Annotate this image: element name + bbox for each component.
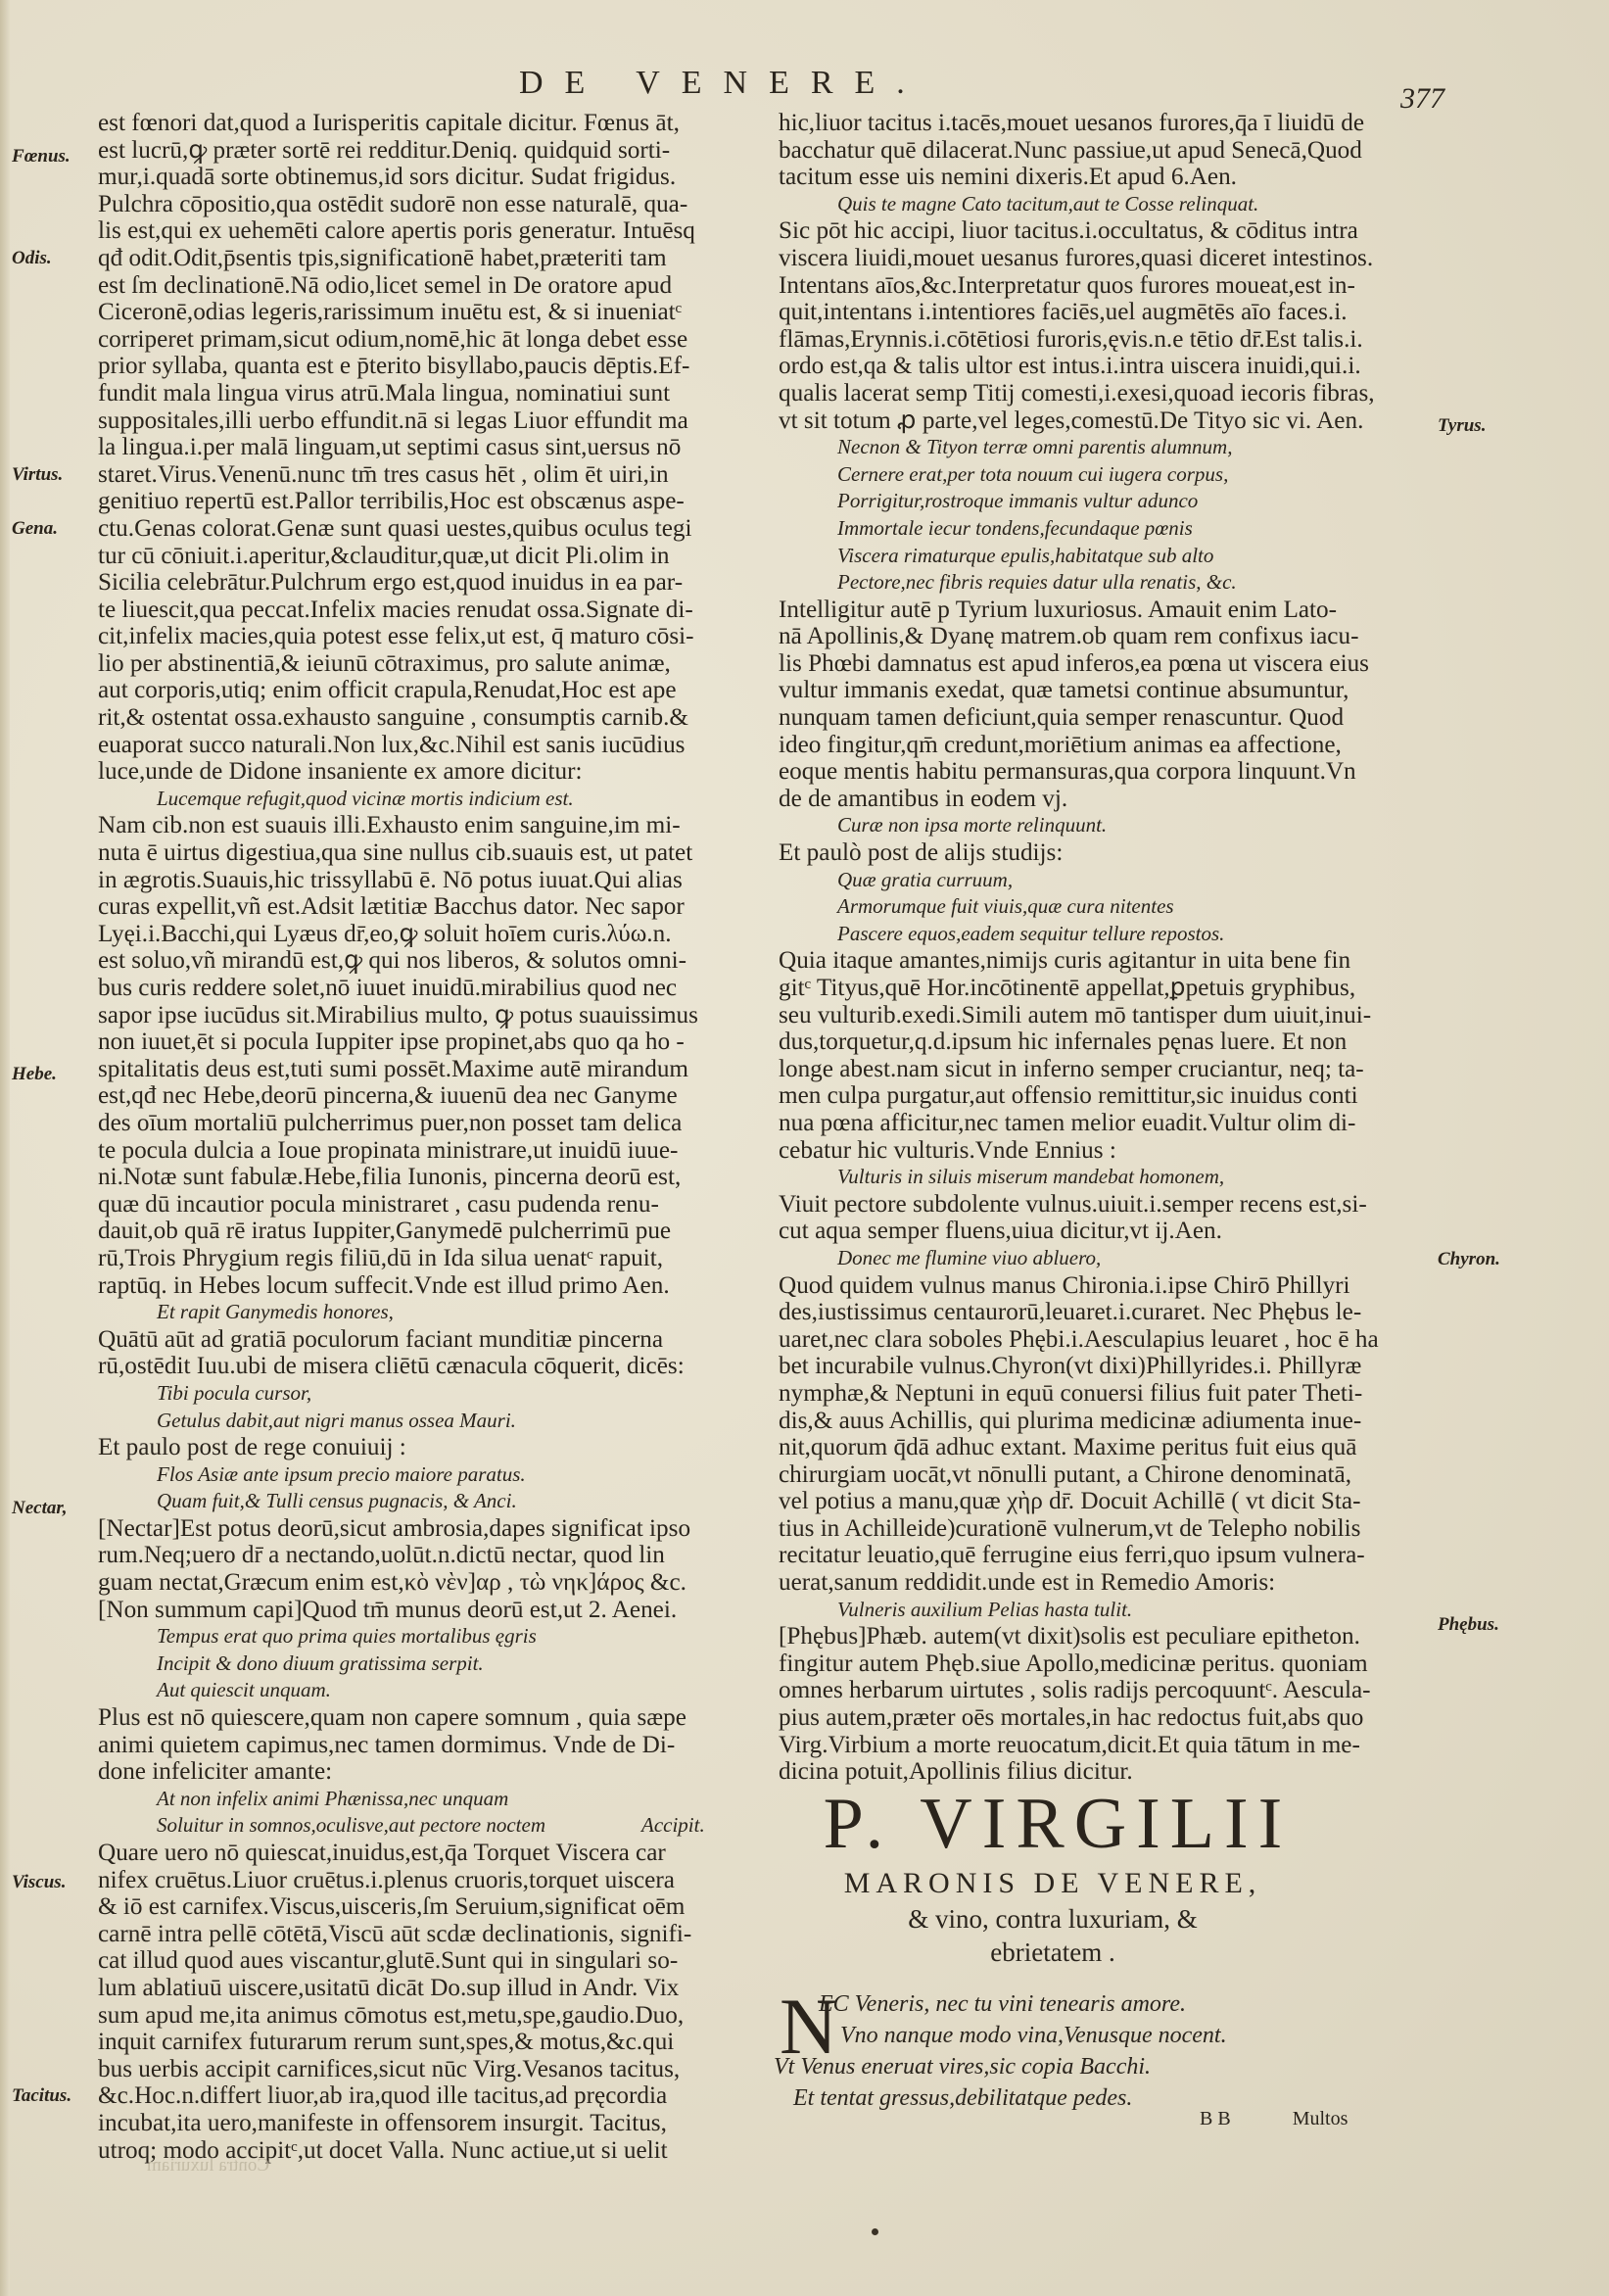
text-line: in ægrotis.Suauis,hic trissyllabū ē. Nō …	[98, 867, 748, 894]
text-line: qđ odit.Odit,p̄sentis tpis,signification…	[98, 245, 748, 272]
text-line: incubat,ita uero,manifeste in offensorem…	[98, 2110, 748, 2137]
margin-note-right: Phębus.	[1438, 1614, 1499, 1636]
text-line: ordo est,qa & talis ultor est intus.i.in…	[779, 353, 1415, 380]
poem-line: Vno nanque modo vina,Venusque nocent.	[774, 2020, 1420, 2051]
text-line: bet incurabile vulnus.Chyron(vt dixi)Phi…	[779, 1353, 1415, 1380]
text-line: Soluitur in somnos,oculisve,aut pectore …	[98, 1812, 748, 1840]
text-line: curas expellit,vñ est.Adsit lætitiæ Bacc…	[98, 893, 748, 921]
text-line: guam nectat,Græcum enim est,κὸ νὲν]αρ , …	[98, 1569, 748, 1597]
text-line: est,qđ nec Hebe,deorū pincerna,& iuuenū …	[98, 1082, 748, 1110]
text-line: luce,unde de Didone insaniente ex amore …	[98, 758, 748, 786]
text-line: Getulus dabit,aut nigri manus ossea Maur…	[98, 1408, 748, 1435]
text-line: est soluo,vñ mirandū est,ꝙ qui nos liber…	[98, 947, 748, 975]
text-line: Aut quiescit unquam.	[98, 1677, 748, 1704]
section-title: P. VIRGILII MARONIS DE VENERE, & vino, c…	[779, 1783, 1415, 1969]
text-line: est ſm declinationē.Nā odio,licet semel …	[98, 272, 748, 300]
show-through-text: Contra luxuriam	[147, 2155, 269, 2176]
text-line: Plus est nō quiescere,quam non capere so…	[98, 1704, 748, 1732]
text-line: euaporat succo naturali.Non lux,&c.Nihil…	[98, 732, 748, 759]
text-line: Et paulo post de rege conuiuij :	[98, 1434, 748, 1461]
text-line: nā Apollinis,& Dyanę matrem.ob quam rem …	[779, 623, 1415, 650]
text-line: quæ dū incautior pocula ministraret , ca…	[98, 1191, 748, 1219]
text-line: [Phębus]Phæb. autem(vt dixit)solis est p…	[779, 1623, 1415, 1650]
text-line: aut corporis,utiq; enim officit crapula,…	[98, 677, 748, 704]
text-line: Tibi pocula cursor,	[98, 1380, 748, 1408]
signature-mark: B B	[1200, 2108, 1231, 2129]
text-line: corriperet primam,sicut odium,nomē,hic ā…	[98, 326, 748, 354]
text-line: dis,& auus Achillis, qui plurima medicin…	[779, 1408, 1415, 1435]
text-line: lum ablatiuū uiscere,usitatū dicāt Do.su…	[98, 1975, 748, 2002]
text-line: lis est,qui ex uehemēti calore apertis p…	[98, 217, 748, 245]
text-line: Et paulò post de alijs studijs:	[779, 839, 1415, 867]
text-line: lio per abstinentiā,& ieiunū cōtraximus,…	[98, 650, 748, 678]
page-edge	[0, 0, 10, 2296]
text-line: Pulchra cōpositio,qua ostēdit sudorē non…	[98, 191, 748, 218]
text-line: Donec me flumine viuo abluero,	[779, 1245, 1415, 1272]
margin-note-right: Chyron.	[1438, 1249, 1500, 1270]
text-line: prior syllaba, quanta est e p̄terito bis…	[98, 353, 748, 380]
margin-note-left: Viscus.	[12, 1872, 66, 1893]
catchword: Multos	[1293, 2108, 1349, 2129]
text-line: Vulneris auxilium Pelias hasta tulit.	[779, 1597, 1415, 1624]
text-line: Viscera rimaturque epulis,habitatque sub…	[779, 543, 1415, 570]
text-line: Flos Asiæ ante ipsum precio maiore parat…	[98, 1461, 748, 1489]
text-line: chirurgiam uocāt,vt nōnulli putant, a Ch…	[779, 1461, 1415, 1489]
catchword-line: B B Multos	[1200, 2108, 1404, 2130]
text-line: Immortale iecur tondens,fecundaque pœnis	[779, 515, 1415, 543]
text-line: ideo fingitur,qm̄ credunt,moriētium anim…	[779, 732, 1415, 759]
text-line: vt sit totum ꝓ parte,vel leges,comestū.D…	[779, 407, 1415, 435]
text-line: cut aqua semper fluens,uiua dicitur,vt i…	[779, 1218, 1415, 1245]
text-line: tius in Achilleide)curationē vulnerum,vt…	[779, 1515, 1415, 1543]
text-line: Quātū aūt ad gratiā poculorum faciant mu…	[98, 1326, 748, 1354]
poem: N EC Veneris, nec tu vini tenearis amore…	[774, 1988, 1420, 2114]
text-line: la lingua.i.per malā linguam,ut septimi …	[98, 434, 748, 461]
text-line: gitᶜ Tityus,quē Hor.incōtinentē appellat…	[779, 975, 1415, 1002]
text-line: viscera liuidi,mouet uesanus furores,qua…	[779, 245, 1415, 272]
section-title-sub3: ebrietatem .	[690, 1936, 1415, 1969]
text-line: Pectore,nec fibris requies datur ulla re…	[779, 569, 1415, 597]
section-title-sub: MARONIS DE VENERE,	[690, 1865, 1415, 1902]
text-line: Curæ non ipsa morte relinquunt.	[779, 812, 1415, 839]
text-line: Intelligitur autē p Tyrium luxuriosus. A…	[779, 597, 1415, 624]
text-line: Armorumque fuit viuis,quæ cura nitentes	[779, 893, 1415, 921]
text-line: Necnon & Tityon terræ omni parentis alum…	[779, 434, 1415, 461]
text-line: des,iustissimus centaurorū,leuaret.i.cur…	[779, 1299, 1415, 1326]
text-line: vel potius a manu,quæ χὴρ dr̄. Docuit Ac…	[779, 1488, 1415, 1515]
text-line: non iuuet,ēt si pocula Iuppiter ipse pro…	[98, 1028, 748, 1056]
text-line: bus curis reddere solet,nō iuuet inuidū.…	[98, 975, 748, 1002]
verse-tail: Accipit.	[641, 1812, 705, 1840]
text-line: dus,torquetur,q.d.ipsum hic infernales p…	[779, 1028, 1415, 1056]
text-line: animi quietem capimus,nec tamen dormimus…	[98, 1732, 748, 1759]
text-line: Nam cib.non est suauis illi.Exhausto eni…	[98, 812, 748, 839]
text-line: [Non summum capi]Quod tm̄ munus deorū es…	[98, 1597, 748, 1624]
text-line: Porrigitur,rostroque immanis vultur adun…	[779, 488, 1415, 515]
ink-dot	[872, 2228, 878, 2235]
text-line: pius autem,præter oēs mortales,in hac re…	[779, 1704, 1415, 1732]
text-line: dauit,ob quā rē iratus Iuppiter,Ganymedē…	[98, 1218, 748, 1245]
text-line: men culpa purgatur,aut offensio remittit…	[779, 1082, 1415, 1110]
margin-note-left: Tacitus.	[12, 2085, 71, 2107]
text-line: recitatur leuatio,quē ferrugine eius fer…	[779, 1542, 1415, 1569]
text-line: nunquam tamen deficiunt,quia semper rena…	[779, 704, 1415, 732]
text-line: uerat,sanum reddidit.unde est in Remedio…	[779, 1569, 1415, 1597]
text-line: cat illud quod aues viscantur,glutē.Sunt…	[98, 1947, 748, 1975]
text-line: [Nectar]Est potus deorū,sicut ambrosia,d…	[98, 1515, 748, 1543]
text-line: Incipit & dono diuum gratissima serpit.	[98, 1650, 748, 1678]
text-line: tacitum esse uis nemini dixeris.Et apud …	[779, 164, 1415, 191]
text-line: bacchatur quē dilacerat.Nunc passiue,ut …	[779, 137, 1415, 165]
text-line: Quare uero nō quiescat,inuidus,est,q̄a T…	[98, 1840, 748, 1867]
text-line: est fœnori dat,quod a Iurisperitis capit…	[98, 110, 748, 137]
section-title-main: P. VIRGILII	[700, 1783, 1415, 1865]
text-line: nua pœna afficitur,nec tamen melior euad…	[779, 1110, 1415, 1137]
text-line: Sic pōt hic accipi, liuor tacitus.i.occu…	[779, 217, 1415, 245]
text-line: qualis lacerat semp Titij comesti,i.exes…	[779, 380, 1415, 407]
text-line: rum.Neq;uero dr̄ a nectando,uolūt.n.dict…	[98, 1542, 748, 1569]
text-line: longe abest.nam sicut in inferno semper …	[779, 1056, 1415, 1083]
text-line: Cernere erat,per tota nouum cui iugera c…	[779, 461, 1415, 489]
text-line: Vulturis in siluis miserum mandebat homo…	[779, 1164, 1415, 1191]
margin-note-left: Virtus.	[12, 464, 63, 486]
text-line: genitiuo repertū est.Pallor terribilis,H…	[98, 488, 748, 515]
text-line: cebatur hic vulturis.Vnde Ennius :	[779, 1137, 1415, 1165]
text-line: Viuit pectore subdolente vulnus.uiuit.i.…	[779, 1191, 1415, 1219]
text-line: nuta ē uirtus digestiua,qua sine nullus …	[98, 839, 748, 867]
section-title-sub2: & vino, contra luxuriam, &	[690, 1902, 1415, 1936]
margin-note-left: Odis.	[12, 248, 52, 269]
left-column: est fœnori dat,quod a Iurisperitis capit…	[98, 110, 748, 2164]
text-line: quit,intentans i.intentiores faciēs,uel …	[779, 299, 1415, 326]
text-line: At non infelix animi Phænissa,nec unquam	[98, 1786, 748, 1813]
text-line: Quia itaque amantes,nimijs curis agitant…	[779, 947, 1415, 975]
text-line: est lucrū,ꝙ præter sortē rei redditur.De…	[98, 137, 748, 165]
text-line: te pocula dulcia a Ioue propinata minist…	[98, 1137, 748, 1165]
text-line: Ciceronē,odias legeris,rarissimum inuētu…	[98, 299, 748, 326]
text-line: Et rapit Ganymedis honores,	[98, 1299, 748, 1326]
text-line: tur cū cōniuit.i.aperitur,&clauditur,quæ…	[98, 543, 748, 570]
text-line: Quæ gratia curruum,	[779, 867, 1415, 894]
text-line: nit,quorum q̄dā adhuc extant. Maxime per…	[779, 1434, 1415, 1461]
text-line: des oīum mortaliū pulcherrimus puer,non …	[98, 1110, 748, 1137]
text-line: nifex cruētus.Liuor cruētus.i.plenus cru…	[98, 1867, 748, 1894]
text-line: raptūq. in Hebes locum suffecit.Vnde est…	[98, 1272, 748, 1300]
text-line: carnē intra pellē cōtētā,Viscū aūt scdæ …	[98, 1921, 748, 1948]
text-line: done infeliciter amante:	[98, 1758, 748, 1786]
text-line: cit,infelix macies,quia potest esse feli…	[98, 623, 748, 650]
text-line: Tempus erat quo prima quies mortalibus ę…	[98, 1623, 748, 1650]
margin-note-left: Fœnus.	[12, 146, 71, 167]
text-line: sapor ipse iucūdus sit.Mirabilius multo,…	[98, 1002, 748, 1029]
text-line: Quod quidem vulnus manus Chironia.i.ipse…	[779, 1272, 1415, 1300]
margin-note-left: Nectar,	[12, 1498, 67, 1519]
text-line: dicina potuit,Apollinis filius dicitur.	[779, 1758, 1415, 1786]
text-line: ctu.Genas colorat.Genæ sunt quasi uestes…	[98, 515, 748, 543]
poem-line: EC Veneris, nec tu vini tenearis amore.	[774, 1988, 1420, 2020]
text-line: bus uerbis accipit carnifices,sicut nūc …	[98, 2056, 748, 2083]
text-line: mur,i.quadā sorte obtinemus,id sors dici…	[98, 164, 748, 191]
text-line: uaret,nec clara soboles Phębi.i.Aesculap…	[779, 1326, 1415, 1354]
text-line: inquit carnifex futurarum rerum sunt,spe…	[98, 2029, 748, 2056]
text-line: suppositales,illi uerbo effundit.nā si l…	[98, 407, 748, 435]
text-line: ni.Notæ sunt fabulæ.Hebe,filia Iunonis, …	[98, 1164, 748, 1191]
text-line: rit,& ostentat ossa.exhausto sanguine , …	[98, 704, 748, 732]
text-line: Quam fuit,& Tulli census pugnacis, & Anc…	[98, 1488, 748, 1515]
text-line: Virg.Virbium a morte reuocatum,dicit.Et …	[779, 1732, 1415, 1759]
text-line: eoque mentis habitu permansuras,qua corp…	[779, 758, 1415, 786]
text-line: Sicilia celebrātur.Pulchrum ergo est,quo…	[98, 569, 748, 597]
text-line: de de amantibus in eodem vj.	[779, 786, 1415, 813]
drop-cap: N	[780, 1992, 837, 2061]
text-line: fingitur autem Phęb.siue Apollo,medicinæ…	[779, 1650, 1415, 1678]
text-line: & iō est carnifex.Viscus,uisceris,ſm Ser…	[98, 1893, 748, 1921]
text-line: spitalitatis deus est,tuti sumi possēt.M…	[98, 1056, 748, 1083]
text-line: seu vulturib.exedi.Simili autem mō tanti…	[779, 1002, 1415, 1029]
text-line: hic,liuor tacitus i.tacēs,mouet uesanos …	[779, 110, 1415, 137]
text-line: &c.Hoc.n.differt liuor,ab ira,quod ille …	[98, 2082, 748, 2110]
text-line: Intentans aīos,&c.Interpretatur quos fur…	[779, 272, 1415, 300]
text-line: omnes herbarum uirtutes , solis radijs p…	[779, 1677, 1415, 1704]
text-line: sum apud me,ita animus cōmotus est,metu,…	[98, 2002, 748, 2030]
text-line: rū,Trois Phrygium regis filiū,dū in Ida …	[98, 1245, 748, 1272]
text-line: rū,ostēdit Iuu.ubi de misera cliētū cæna…	[98, 1353, 748, 1380]
text-line: lis Phœbi damnatus est apud inferos,ea p…	[779, 650, 1415, 678]
text-line: vultur immanis exedat, quæ tametsi conti…	[779, 677, 1415, 704]
text-line: nymphæ,& Neptuni in equū conuersi filius…	[779, 1380, 1415, 1408]
text-line: staret.Virus.Venenū.nunc tm̄ tres casus …	[98, 461, 748, 489]
poem-line: Vt Venus eneruat vires,sic copia Bacchi.	[774, 2051, 1420, 2082]
right-column: hic,liuor tacitus i.tacēs,mouet uesanos …	[779, 110, 1415, 1786]
text-line: Lyęi.i.Bacchi,qui Lyæus dr̄,eo,ꝙ soluit …	[98, 921, 748, 948]
margin-note-left: Hebe.	[12, 1064, 57, 1085]
text-line: Quis te magne Cato tacitum,aut te Cosse …	[779, 191, 1415, 218]
margin-note-right: Tyrus.	[1438, 415, 1486, 437]
text-line: flāmas,Erynnis.i.cōtētiosi furoris,ęvis.…	[779, 326, 1415, 354]
text-line: Pascere equos,eadem sequitur tellure rep…	[779, 921, 1415, 948]
text-line: te liuescit,qua peccat.Infelix macies re…	[98, 597, 748, 624]
text-line: fundit mala lingua virus atrū.Mala lingu…	[98, 380, 748, 407]
margin-note-left: Gena.	[12, 518, 58, 540]
running-title: DE VENERE.	[519, 65, 989, 102]
text-line: Lucemque refugit,quod vicinæ mortis indi…	[98, 786, 748, 813]
